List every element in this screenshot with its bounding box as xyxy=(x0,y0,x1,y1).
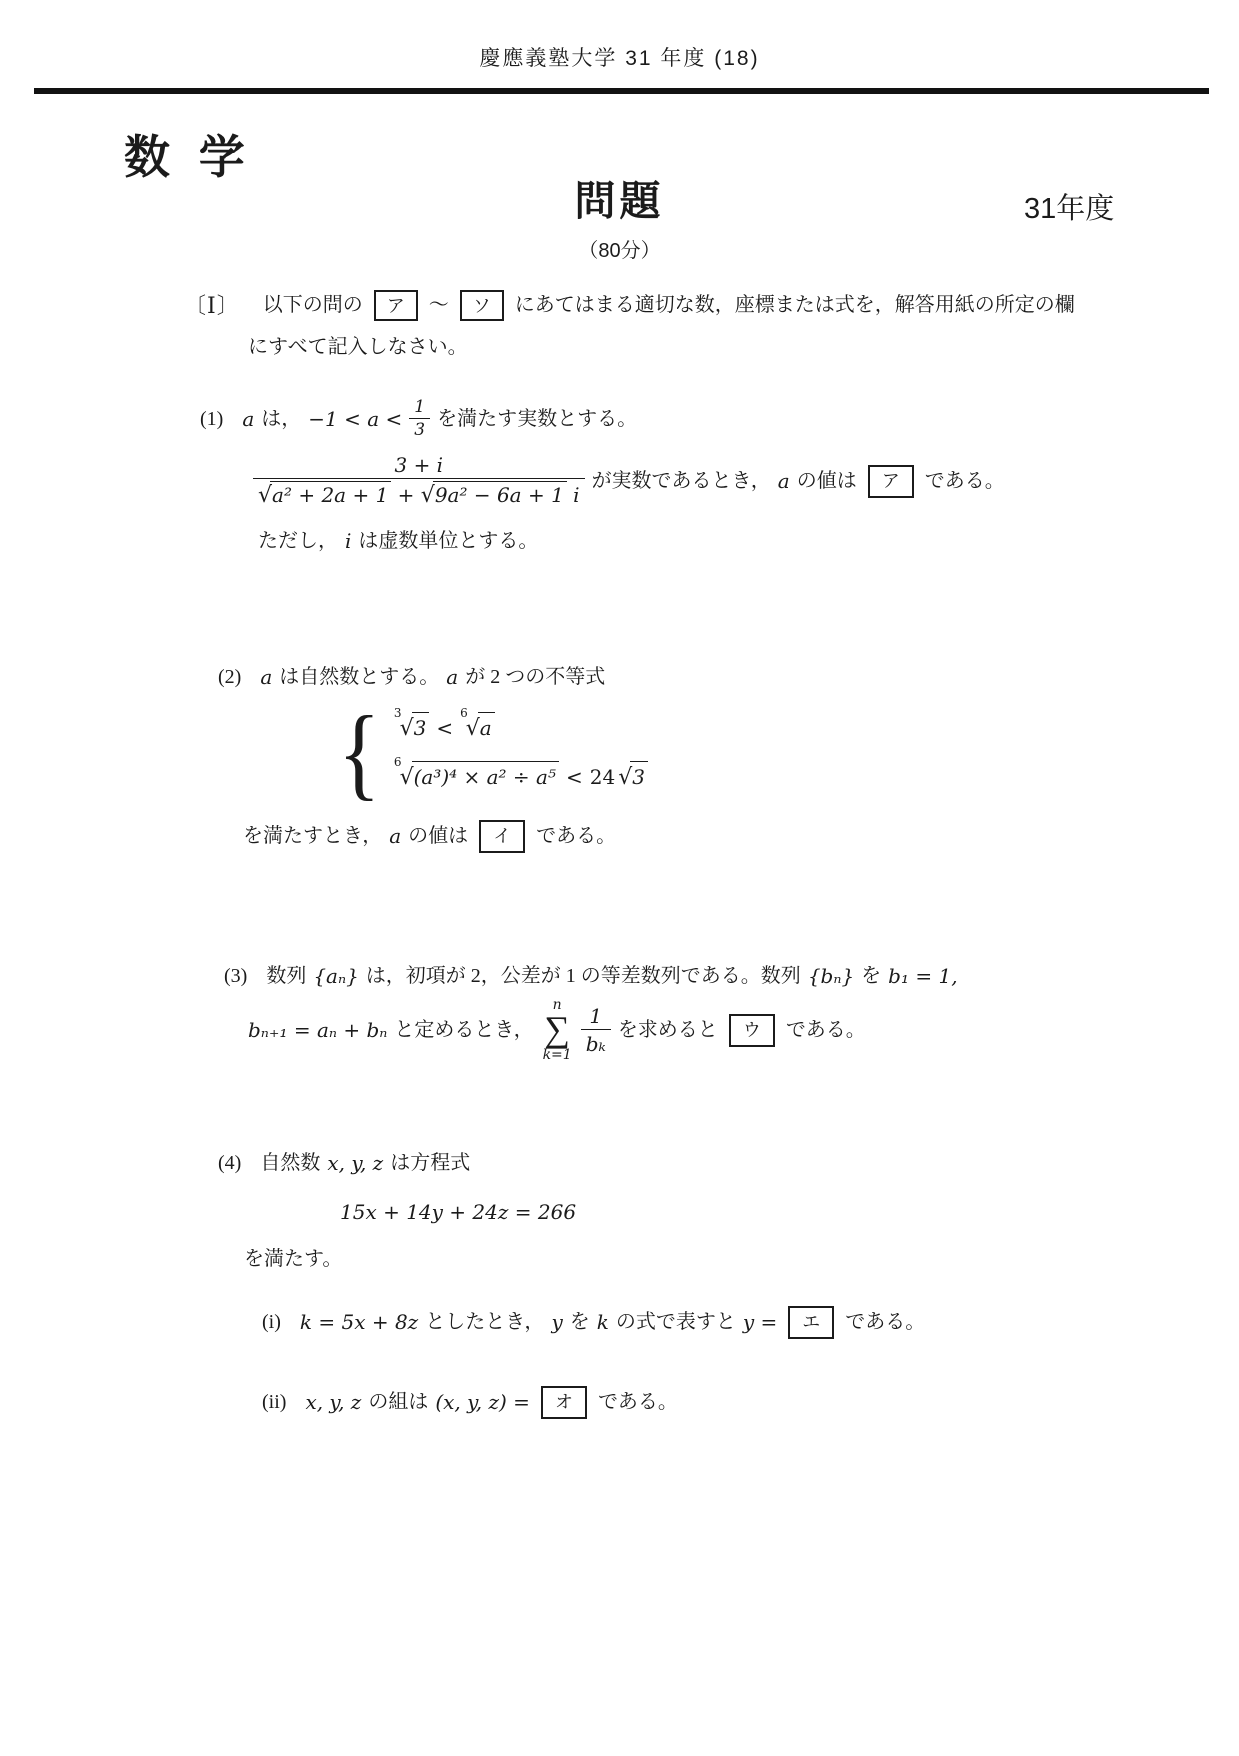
cases-brace-icon: { xyxy=(338,712,380,793)
question-1-number: (1) xyxy=(200,405,223,434)
intro-text-after: にあてはまる適切な数，座標または式を，解答用紙の所定の欄 xyxy=(515,291,1075,320)
tilde-separator: ～ xyxy=(429,291,449,320)
var-a: a xyxy=(778,467,790,496)
question-2-inequality-system: { 3√3 < 6√a 6√(a³)⁴ × a² ÷ a⁵ < 24 √3 xyxy=(338,706,648,800)
q2-text: が 2 つの不等式 xyxy=(465,663,605,692)
answer-box-so-range-end: ソ xyxy=(460,290,504,321)
y-equals: y = xyxy=(743,1308,777,1337)
less-than-operator: < xyxy=(436,714,453,743)
var-y: y xyxy=(551,1308,562,1337)
question-1-note: ただし， i は虚数単位とする。 xyxy=(258,527,538,556)
q2-text: は自然数とする。 xyxy=(279,663,439,692)
answer-box-i: イ xyxy=(479,820,525,853)
radicand: (a³)⁴ × a² ÷ a⁵ xyxy=(412,761,559,792)
fraction-one-over-bk: 1 bₖ xyxy=(581,1004,611,1057)
question-4-part-ii: (ii) x, y, z の組は (x, y, z) = オ である。 xyxy=(262,1380,678,1424)
root-index: 6 xyxy=(394,755,402,769)
var-a: a xyxy=(242,405,254,434)
answer-box-a-range-start: ア xyxy=(374,290,418,321)
radicand: 9a² − 6a + 1 xyxy=(433,481,567,508)
q1-note-text: ただし， xyxy=(258,527,338,556)
q3-text: である。 xyxy=(786,1016,866,1045)
sequence-b-n: {bₙ} xyxy=(808,962,854,991)
imaginary-unit: i xyxy=(573,483,579,507)
q4i-text: である。 xyxy=(845,1308,925,1337)
exam-page: 慶應義塾大学 31 年度 (18) 数 学 問題 31年度 （80分） 〔Ⅰ〕 … xyxy=(0,0,1239,1756)
var-a: a xyxy=(389,822,401,851)
radicand: 3 xyxy=(412,712,430,743)
q1-text: である。 xyxy=(925,467,1005,496)
root-index: 6 xyxy=(460,706,468,720)
fraction-numerator: 1 xyxy=(584,1004,607,1029)
question-1-expression-line: 3 + i √a² + 2a + 1 + √9a² − 6a + 1 i が実数… xyxy=(253,450,1005,512)
sqrt-radical: √9a² − 6a + 1 xyxy=(421,481,567,510)
complex-fraction-numerator: 3 + i xyxy=(389,453,448,478)
var-a: a xyxy=(446,663,458,692)
var-k: k xyxy=(597,1308,609,1337)
tuple-xyz-equals: (x, y, z) = xyxy=(435,1388,530,1417)
inequality-1: 3√3 < 6√a xyxy=(394,712,648,745)
answer-box-u: ウ xyxy=(729,1014,775,1047)
question-2-number: (2) xyxy=(218,663,241,692)
summation-lower-limit: k=1 xyxy=(543,1048,572,1062)
plus-operator: + xyxy=(398,483,415,507)
q1-text: を満たす実数とする。 xyxy=(437,405,637,434)
q4i-text: を xyxy=(570,1308,590,1337)
vars-xyz: x, y, z xyxy=(305,1388,361,1417)
q2-text: である。 xyxy=(536,822,616,851)
question-3-statement: (3) 数列 {aₙ} は，初項が 2，公差が 1 の等差数列である。数列 {b… xyxy=(224,962,958,991)
cube-root-radical: 3√3 xyxy=(394,712,429,745)
q4-text: は方程式 xyxy=(390,1149,470,1178)
page-header-title: 慶應義塾大学 31 年度 (18) xyxy=(0,44,1239,74)
section-1-intro-line-2: にすべて記入しなさい。 xyxy=(248,333,468,362)
sigma-icon: ∑ xyxy=(544,1014,570,1045)
sixth-root-radical: 6√a xyxy=(460,712,495,745)
q1-text: は， xyxy=(261,405,301,434)
recurrence-relation: bₙ₊₁ = aₙ + bₙ xyxy=(248,1016,387,1045)
sqrt-radical: √a² + 2a + 1 xyxy=(258,481,391,510)
intro-text-before: 以下の問の xyxy=(263,291,363,320)
inequality-2: 6√(a³)⁴ × a² ÷ a⁵ < 24 √3 xyxy=(394,761,648,794)
part-ii-number: (ii) xyxy=(262,1388,286,1417)
sqrt-radical: √3 xyxy=(618,761,648,794)
fraction-numerator: 1 xyxy=(409,398,430,418)
q1-text: の値は xyxy=(797,467,857,496)
q1-note-text: は虚数単位とする。 xyxy=(358,527,538,556)
q2-text: を満たすとき， xyxy=(243,822,382,851)
sixth-root-radical: 6√(a³)⁴ × a² ÷ a⁵ xyxy=(394,761,559,794)
complex-fraction: 3 + i √a² + 2a + 1 + √9a² − 6a + 1 i xyxy=(253,453,585,510)
question-4-number: (4) xyxy=(218,1149,241,1178)
imaginary-unit: i xyxy=(345,527,351,556)
radicand: a² + 2a + 1 xyxy=(270,481,391,508)
vars-xyz: x, y, z xyxy=(327,1149,383,1178)
sequence-a-n: {aₙ} xyxy=(313,962,358,991)
question-4-statement: (4) 自然数 x, y, z は方程式 xyxy=(218,1149,470,1178)
q3-text: を求めると xyxy=(618,1016,718,1045)
q4ii-text: の組は xyxy=(368,1388,428,1417)
fraction-one-third: 1 3 xyxy=(409,398,430,440)
q3-text: は，初項が 2，公差が 1 の等差数列である。数列 xyxy=(366,962,801,991)
q4i-text: の式で表すと xyxy=(616,1308,736,1337)
question-4-satisfy-text: を満たす。 xyxy=(244,1245,342,1274)
question-1-statement: (1) a は， −1 < a < 1 3 を満たす実数とする。 xyxy=(200,396,637,442)
q4ii-text: である。 xyxy=(598,1388,678,1417)
q3-text: を xyxy=(861,962,881,991)
year-label: 31年度 xyxy=(1024,195,1114,224)
q1-inequality: −1 < a < xyxy=(308,405,402,434)
duration-label: （80分） xyxy=(0,241,1239,261)
q4i-text: としたとき， xyxy=(425,1308,544,1337)
q2-text: の値は xyxy=(408,822,468,851)
question-3-sum-line: bₙ₊₁ = aₙ + bₙ と定めるとき， n ∑ k=1 1 bₖ を求める… xyxy=(248,998,866,1062)
question-4-equation: 15x + 14y + 24z = 266 xyxy=(340,1198,576,1227)
header-divider xyxy=(34,88,1209,94)
part-i-number: (i) xyxy=(262,1308,281,1337)
radicand: 3 xyxy=(630,761,648,792)
question-2-statement: (2) a は自然数とする。 a が 2 つの不等式 xyxy=(218,663,605,692)
q1-text: が実数であるとき， xyxy=(592,467,771,496)
coefficient-24: 24 xyxy=(590,763,615,792)
answer-box-e: エ xyxy=(788,1306,834,1339)
answer-box-a: ア xyxy=(868,465,914,498)
q4-text: 自然数 xyxy=(260,1149,320,1178)
complex-fraction-denominator: √a² + 2a + 1 + √9a² − 6a + 1 i xyxy=(253,478,585,510)
fraction-denominator: bₖ xyxy=(581,1029,611,1057)
k-definition: k = 5x + 8z xyxy=(300,1308,418,1337)
less-than-operator: < xyxy=(566,763,583,792)
initial-term-b1: b₁ = 1, xyxy=(888,962,957,991)
radicand: a xyxy=(478,712,495,743)
root-index: 3 xyxy=(394,706,402,720)
answer-box-o: オ xyxy=(541,1386,587,1419)
question-4-part-i: (i) k = 5x + 8z としたとき， y を k の式で表すと y = … xyxy=(262,1300,925,1344)
question-3-number: (3) xyxy=(224,962,247,991)
subject-title: 数 学 xyxy=(124,134,253,180)
section-1-label: 〔Ⅰ〕 xyxy=(184,290,240,322)
question-2-conclusion: を満たすとき， a の値は イ である。 xyxy=(243,820,616,853)
summation: n ∑ k=1 xyxy=(543,998,572,1062)
var-a: a xyxy=(260,663,272,692)
section-1-intro-line-1: 〔Ⅰ〕 以下の問の ア ～ ソ にあてはまる適切な数，座標または式を，解答用紙の… xyxy=(184,290,1075,322)
q3-text: 数列 xyxy=(266,962,306,991)
fraction-denominator: 3 xyxy=(409,418,430,441)
q3-text: と定めるとき， xyxy=(394,1016,533,1045)
